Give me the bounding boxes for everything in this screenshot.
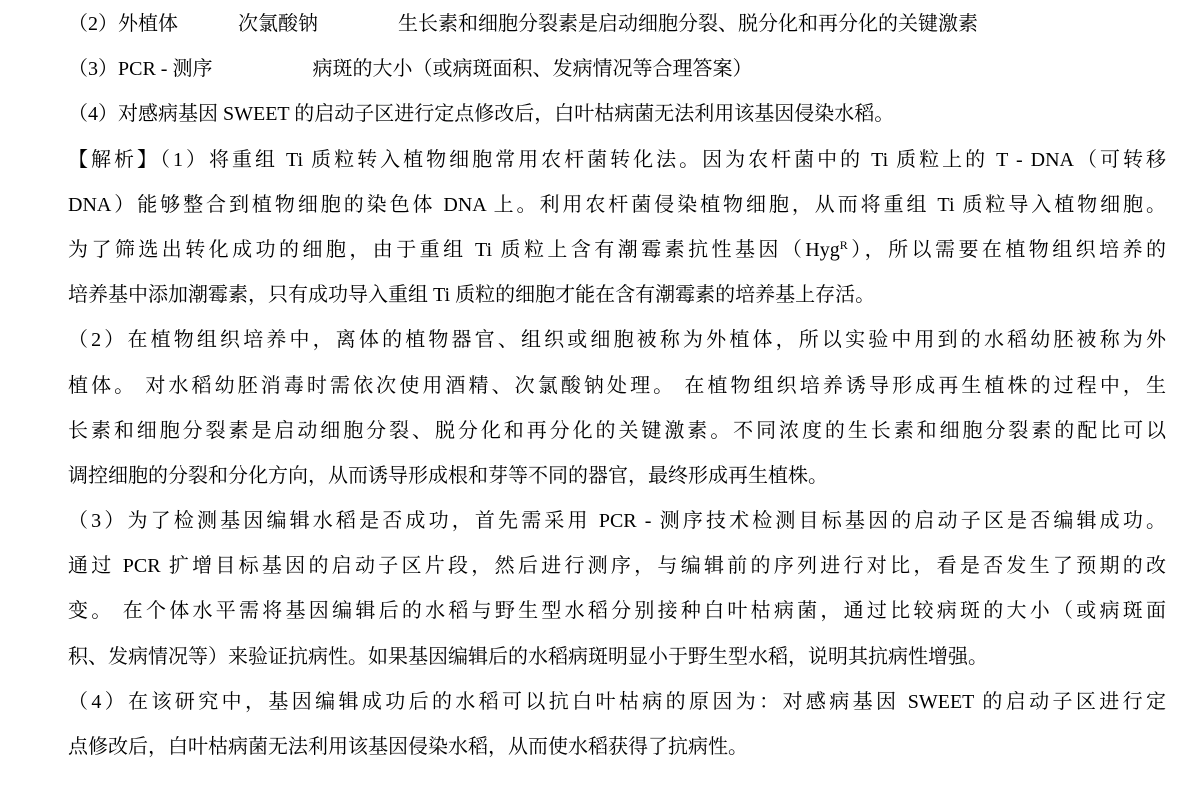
text-segment: ），所以需要在植物组织培养的 — [848, 239, 1166, 261]
analysis-line-8: 调控细胞的分裂和分化方向，从而诱导形成根和芽等不同的器官，最终形成再生植株。 — [68, 454, 1166, 499]
answer-line-4: （4）对感病基因 SWEET 的启动子区进行定点修改后，白叶枯病菌无法利用该基因… — [68, 92, 1166, 137]
text-segment: 积、发病情况等）来验证抗病性。如果基因编辑后的水稻病斑明显小于野生型水稻，说明其… — [68, 646, 988, 668]
answer-line-3: （3）PCR - 测序 病斑的大小（或病斑面积、发病情况等合理答案） — [68, 47, 1166, 92]
text-segment: 调控细胞的分裂和分化方向，从而诱导形成根和芽等不同的器官，最终形成再生植株。 — [68, 465, 828, 487]
analysis-line-11: 变。 在个体水平需将基因编辑后的水稻与野生型水稻分别接种白叶枯病菌，通过比较病斑… — [68, 589, 1166, 634]
text-segment: （3）PCR - 测序 病斑的大小（或病斑面积、发病情况等合理答案） — [68, 58, 752, 80]
answer-line-2: （2）外植体 次氯酸钠 生长素和细胞分裂素是启动细胞分裂、脱分化和再分化的关键激… — [68, 2, 1166, 47]
analysis-line-1: 【解析】（1）将重组 Ti 质粒转入植物细胞常用农杆菌转化法。因为农杆菌中的 T… — [68, 138, 1166, 183]
text-segment: 为了筛选出转化成功的细胞，由于重组 Ti 质粒上含有潮霉素抗性基因（Hyg — [68, 239, 840, 261]
analysis-line-9: （3）为了检测基因编辑水稻是否成功，首先需采用 PCR - 测序技术检测目标基因… — [68, 499, 1166, 544]
text-segment: （4）对感病基因 SWEET 的启动子区进行定点修改后，白叶枯病菌无法利用该基因… — [68, 103, 894, 125]
superscript-r: R — [840, 238, 848, 252]
text-segment: 点修改后，白叶枯病菌无法利用该基因侵染水稻，从而使水稻获得了抗病性。 — [68, 736, 748, 758]
analysis-line-13: （4）在该研究中，基因编辑成功后的水稻可以抗白叶枯病的原因为：对感病基因 SWE… — [68, 680, 1166, 725]
text-segment: DNA）能够整合到植物细胞的染色体 DNA 上。利用农杆菌侵染植物细胞，从而将重… — [68, 194, 1166, 216]
text-segment: （2）外植体 次氯酸钠 生长素和细胞分裂素是启动细胞分裂、脱分化和再分化的关键激… — [68, 13, 978, 35]
text-segment: 培养基中添加潮霉素，只有成功导入重组 Ti 质粒的细胞才能在含有潮霉素的培养基上… — [68, 284, 875, 306]
text-segment: 变。 在个体水平需将基因编辑后的水稻与野生型水稻分别接种白叶枯病菌，通过比较病斑… — [68, 600, 1166, 622]
analysis-line-4: 培养基中添加潮霉素，只有成功导入重组 Ti 质粒的细胞才能在含有潮霉素的培养基上… — [68, 273, 1166, 318]
analysis-line-3: 为了筛选出转化成功的细胞，由于重组 Ti 质粒上含有潮霉素抗性基因（HygR），… — [68, 228, 1166, 273]
analysis-line-12: 积、发病情况等）来验证抗病性。如果基因编辑后的水稻病斑明显小于野生型水稻，说明其… — [68, 635, 1166, 680]
analysis-line-10: 通过 PCR 扩增目标基因的启动子区片段，然后进行测序，与编辑前的序列进行对比，… — [68, 544, 1166, 589]
text-segment: （2）在植物组织培养中，离体的植物器官、组织或细胞被称为外植体，所以实验中用到的… — [68, 329, 1166, 351]
text-segment: （4）在该研究中，基因编辑成功后的水稻可以抗白叶枯病的原因为：对感病基因 SWE… — [68, 691, 1166, 713]
analysis-line-6: 植体。 对水稻幼胚消毒时需依次使用酒精、次氯酸钠处理。 在植物组织培养诱导形成再… — [68, 364, 1166, 409]
analysis-line-14: 点修改后，白叶枯病菌无法利用该基因侵染水稻，从而使水稻获得了抗病性。 — [68, 725, 1166, 770]
text-segment: （3）为了检测基因编辑水稻是否成功，首先需采用 PCR - 测序技术检测目标基因… — [68, 510, 1166, 532]
text-segment: 【解析】（1）将重组 Ti 质粒转入植物细胞常用农杆菌转化法。因为农杆菌中的 T… — [68, 149, 1166, 171]
text-segment: 长素和细胞分裂素是启动细胞分裂、脱分化和再分化的关键激素。不同浓度的生长素和细胞… — [68, 420, 1166, 442]
text-segment: 通过 PCR 扩增目标基因的启动子区片段，然后进行测序，与编辑前的序列进行对比，… — [68, 555, 1166, 577]
analysis-line-2: DNA）能够整合到植物细胞的染色体 DNA 上。利用农杆菌侵染植物细胞，从而将重… — [68, 183, 1166, 228]
analysis-line-5: （2）在植物组织培养中，离体的植物器官、组织或细胞被称为外植体，所以实验中用到的… — [68, 318, 1166, 363]
document-page: （2）外植体 次氯酸钠 生长素和细胞分裂素是启动细胞分裂、脱分化和再分化的关键激… — [0, 0, 1190, 794]
analysis-line-7: 长素和细胞分裂素是启动细胞分裂、脱分化和再分化的关键激素。不同浓度的生长素和细胞… — [68, 409, 1166, 454]
text-segment: 植体。 对水稻幼胚消毒时需依次使用酒精、次氯酸钠处理。 在植物组织培养诱导形成再… — [68, 375, 1166, 397]
